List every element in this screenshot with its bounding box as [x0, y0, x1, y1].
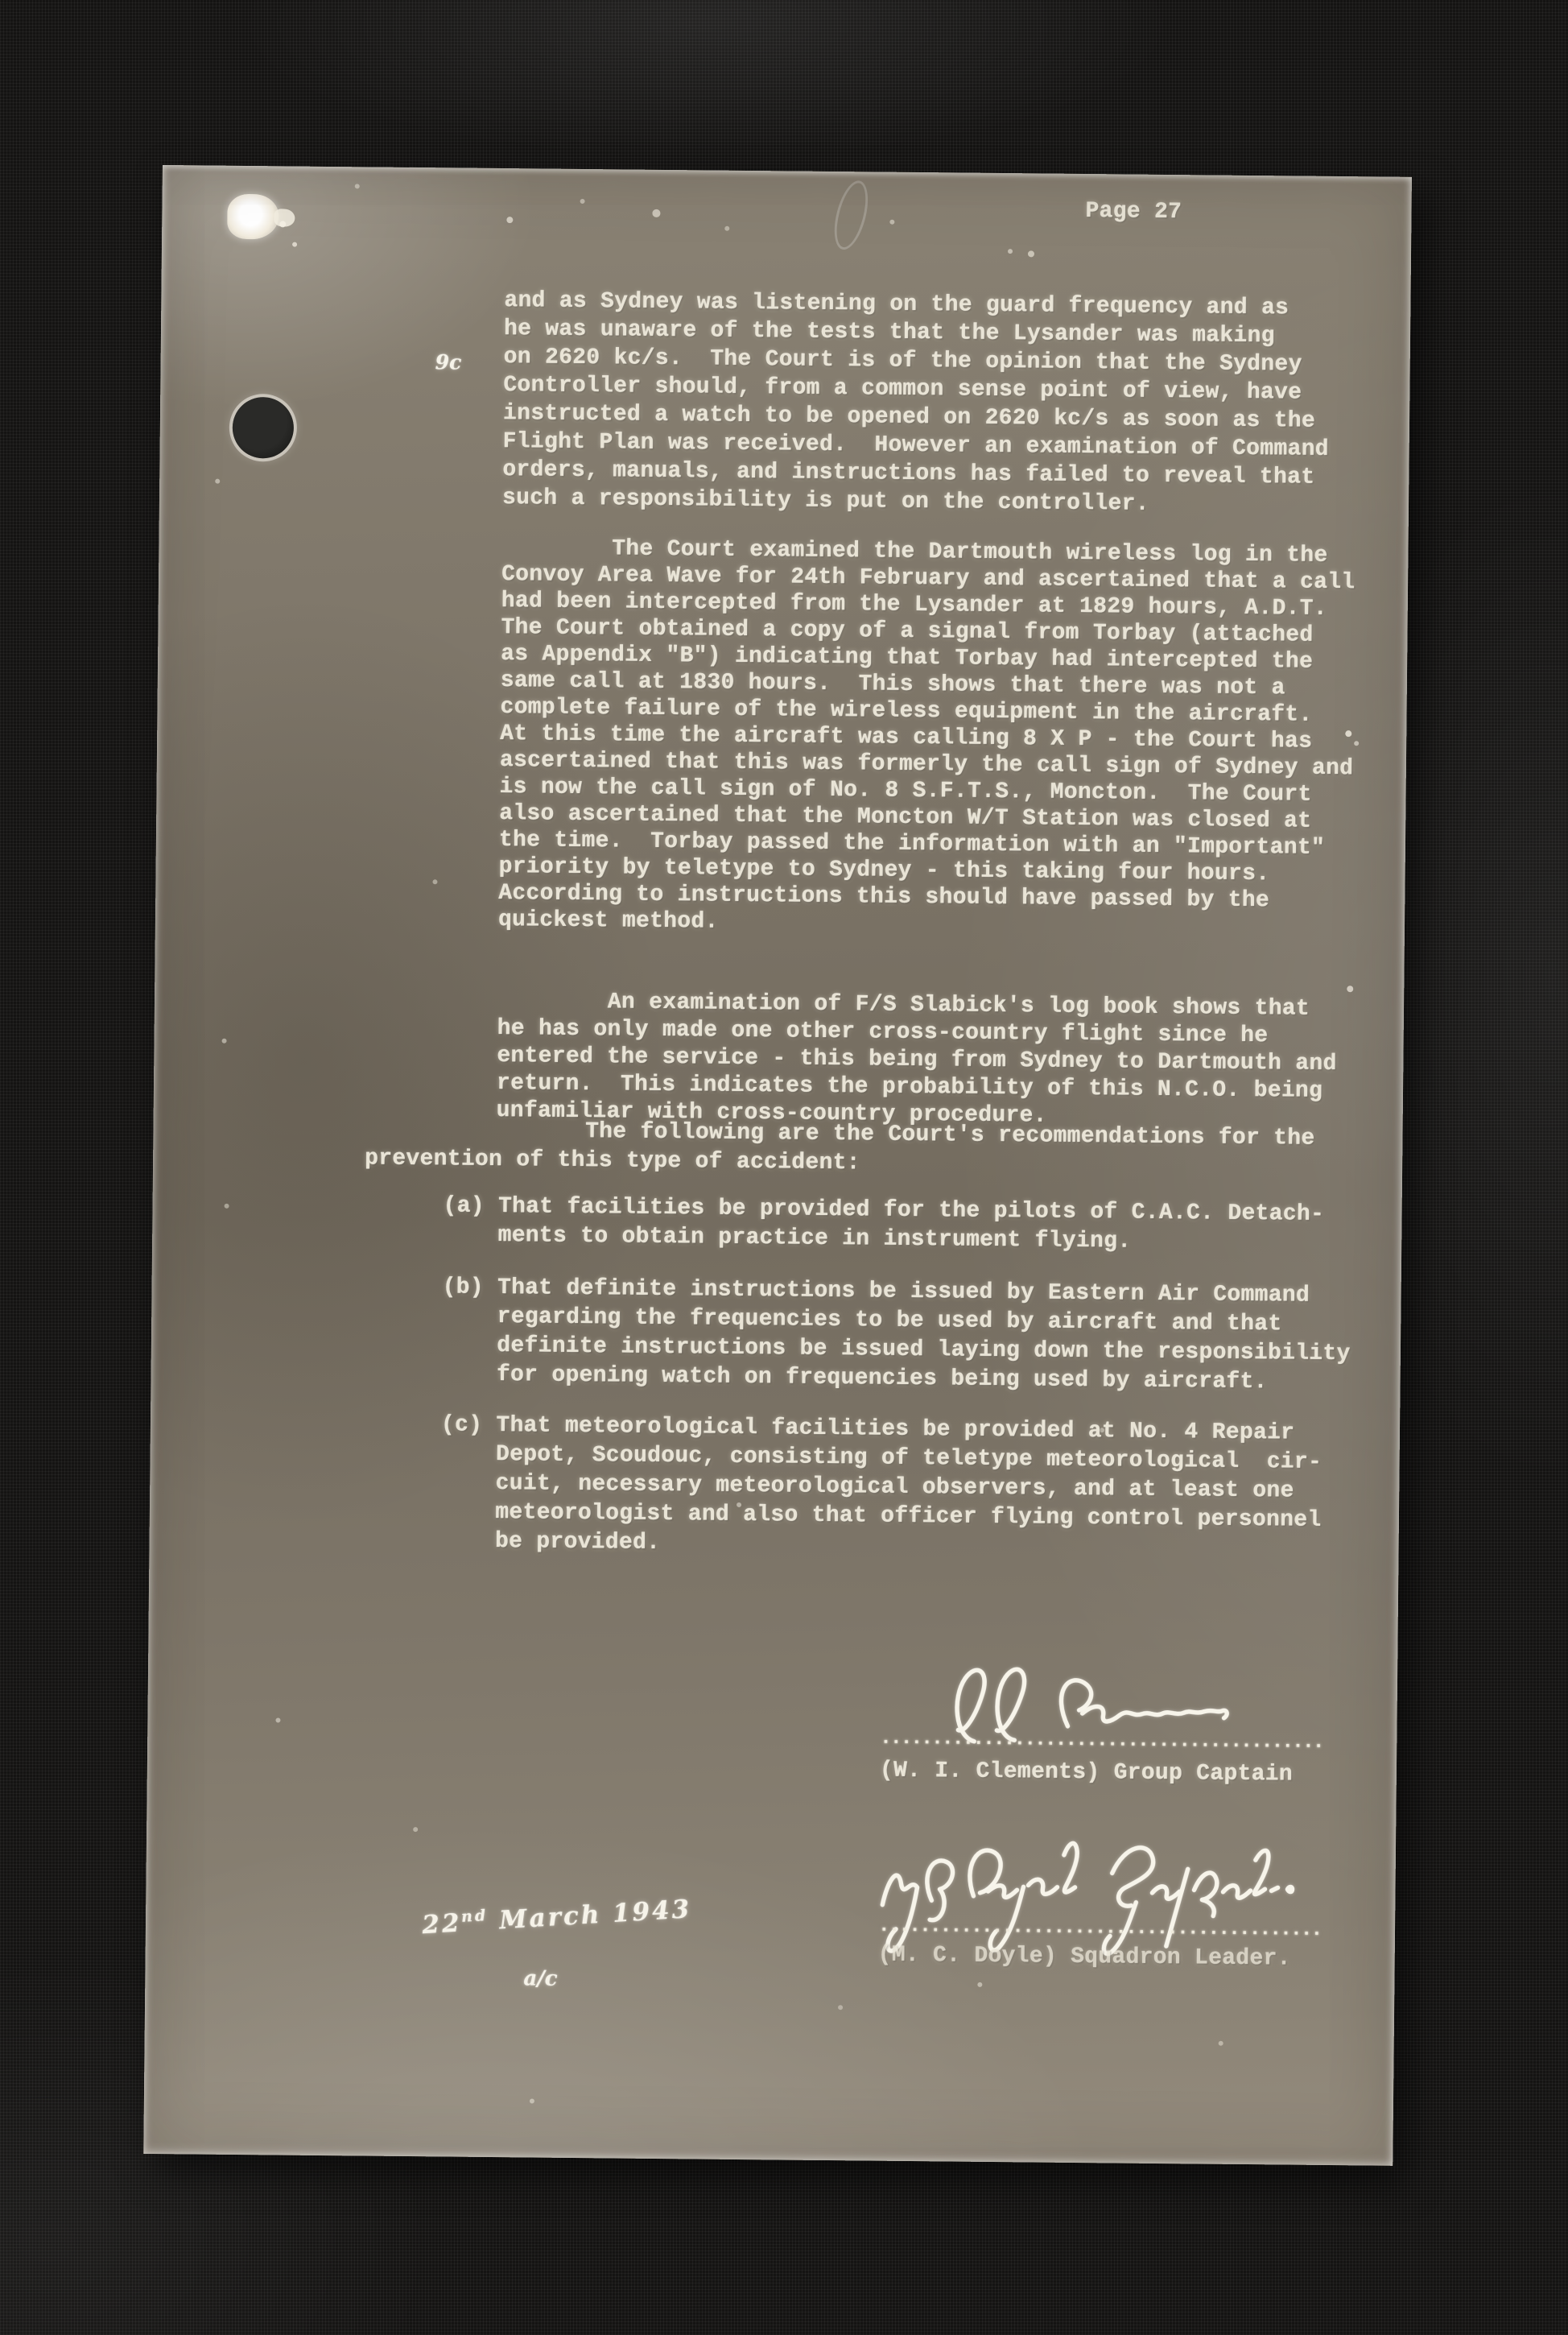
doyle-typed-name: (M. C. Doyle) Squadron Leader. — [878, 1943, 1291, 1972]
pencil-mark — [828, 177, 874, 253]
clements-typed-name: (W. I. Clements) Group Captain — [880, 1758, 1293, 1787]
margin-annotation: 9c — [435, 350, 462, 374]
punch-hole — [233, 397, 295, 459]
signature-dotted-line: ........................................… — [878, 1916, 1322, 1942]
date-annotation: 22nd March 1943 — [421, 1895, 692, 1940]
date-day: 22 — [421, 1908, 462, 1940]
paragraph-2: The Court examined the Dartmouth wireles… — [498, 535, 1355, 941]
paragraph-3: An examination of F/S Slabick's log book… — [497, 988, 1338, 1133]
photo-background: Page 27 9c and as Sydney was listening o… — [0, 0, 1568, 2335]
date-rest: March 1943 — [487, 1895, 692, 1936]
page-number: Page 27 — [1085, 199, 1182, 225]
paper-blemish — [227, 194, 279, 240]
paragraph-1: and as Sydney was listening on the guard… — [502, 287, 1331, 520]
recommendations-intro: The following are the Court's recommenda… — [365, 1115, 1315, 1182]
recommendation-a: (a) That facilities be provided for the … — [443, 1192, 1324, 1258]
paper-specks — [163, 165, 166, 168]
document-page: Page 27 9c and as Sydney was listening o… — [143, 165, 1412, 2166]
bottom-annotation: a/c — [523, 1966, 557, 1990]
recommendation-b: (b) That definite instructions be issued… — [441, 1273, 1351, 1398]
date-ordinal: nd — [460, 1907, 488, 1926]
signature-dotted-line: ........................................… — [880, 1728, 1323, 1754]
recommendation-c: (c) That meteorological facilities be pr… — [439, 1411, 1322, 1564]
